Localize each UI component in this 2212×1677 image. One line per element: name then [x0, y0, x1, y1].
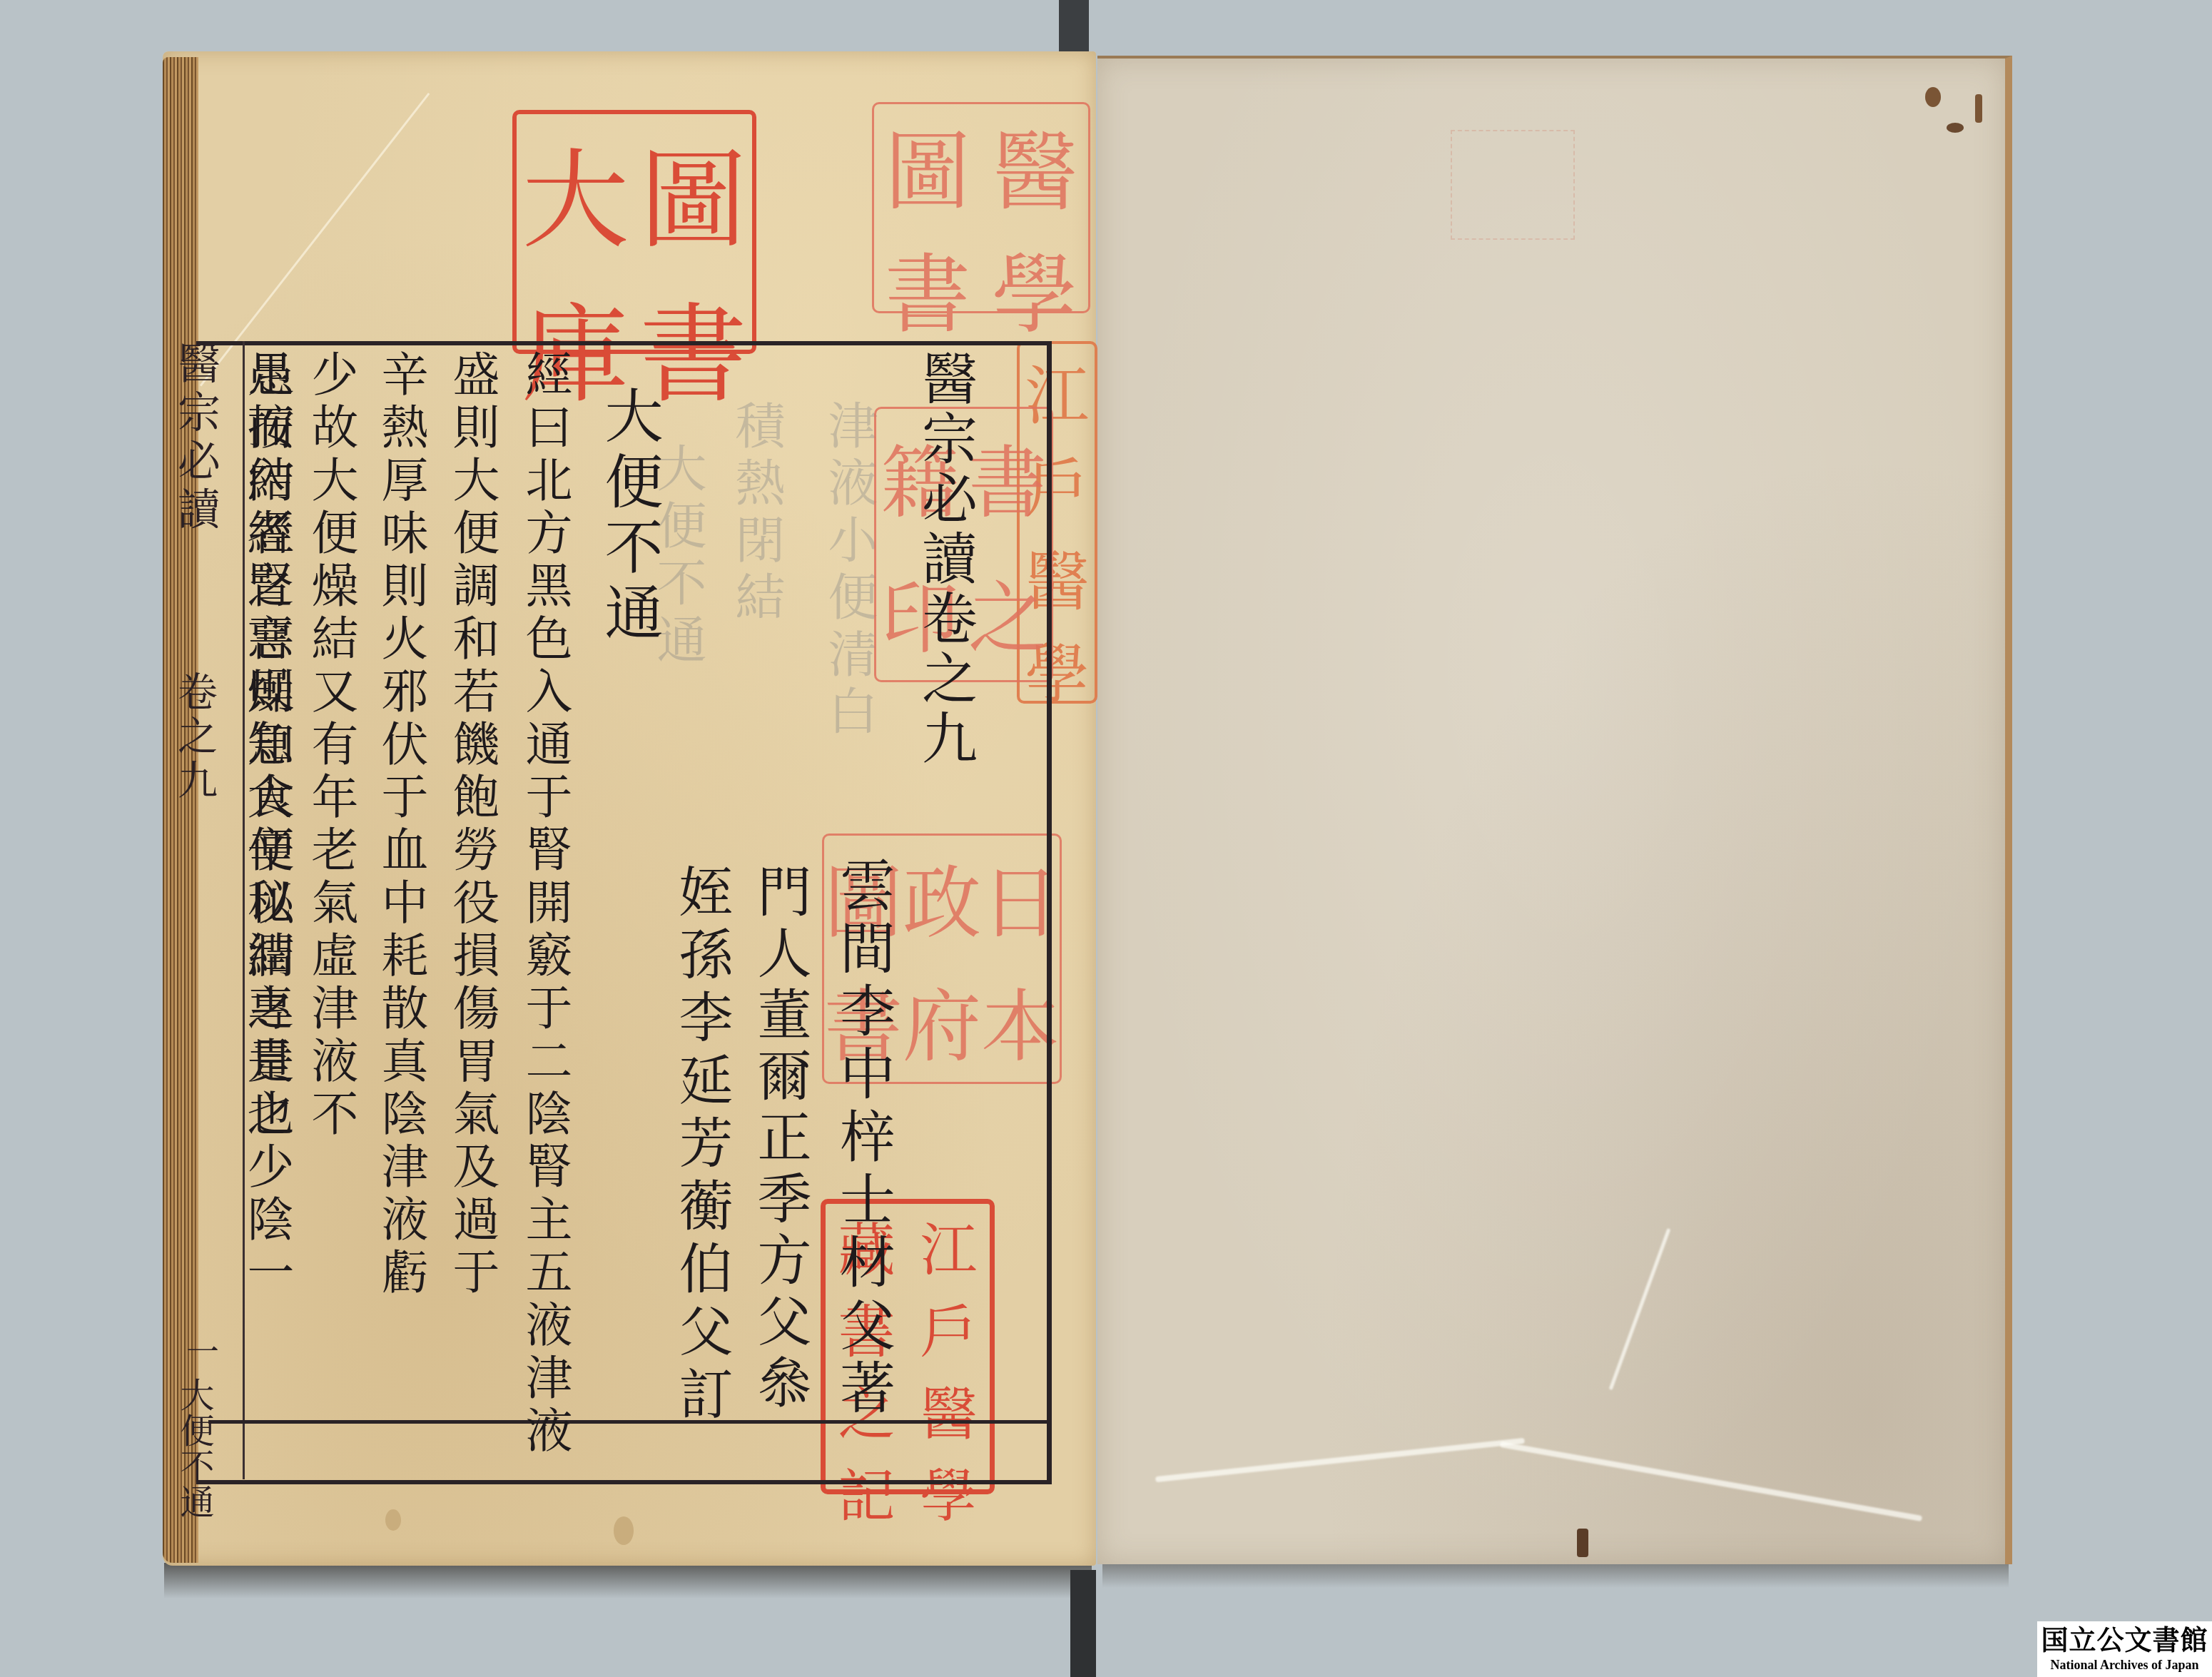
paper-crease: [1155, 1438, 1525, 1482]
seal-char: 學: [981, 227, 1088, 350]
fold-volume: 卷之九: [174, 671, 214, 804]
binding-spine-bottom: [1070, 1570, 1096, 1677]
worm-damage: [1925, 87, 1941, 107]
seal-char: 書: [874, 227, 981, 350]
seal-char: 大: [517, 114, 634, 268]
author-line: 雲間李中梓士材父著: [835, 856, 891, 1422]
section-heading: 大便不通: [599, 385, 658, 648]
seal-char: 圖: [634, 114, 752, 268]
seal-igakukan-tosho: 圖 醫 書 學: [872, 102, 1090, 313]
body-column: 少故大便燥結又有年老氣虛津液不: [307, 350, 354, 1142]
watermark-japanese: 国立公文書館: [2037, 1623, 2212, 1657]
binding-spine-top: [1059, 0, 1089, 57]
fold-leaf-number: 一: [184, 1334, 217, 1370]
paper-crease: [1609, 1228, 1671, 1390]
body-column: 經曰北方黑色入通于腎開竅于二陰腎主五液津液: [521, 350, 568, 1459]
worm-damage: [614, 1516, 634, 1545]
worm-damage: [1947, 123, 1964, 133]
worm-damage: [1577, 1529, 1588, 1557]
right-page-blank: [1097, 56, 2012, 1564]
volume-title: 醫宗必讀卷之九: [917, 350, 973, 769]
bottom-border-line: [208, 1420, 1050, 1424]
paper-crease: [1500, 1442, 1922, 1521]
worm-damage: [1975, 94, 1982, 123]
worm-damage: [385, 1509, 401, 1531]
fold-book-title: 醫宗必讀: [174, 341, 217, 535]
body-column-6: 愚按內經之言則知大便秘結專責之少陰一: [243, 350, 290, 1300]
body-column: 盛則大便調和若饑飽勞役損傷胃氣及過于: [448, 350, 495, 1300]
body-column: 辛熱厚味則火邪伏于血中耗散真陰津液虧: [377, 350, 424, 1300]
book-shadow-left: [164, 1563, 1092, 1599]
watermark-english: National Archives of Japan: [2037, 1657, 2212, 1673]
archive-watermark: 国立公文書館 National Archives of Japan: [2037, 1621, 2212, 1677]
seal-char: 圖: [874, 104, 981, 227]
reviser-line: 姪孫李延芳蘅伯父訂: [674, 863, 729, 1429]
fold-section-label: 大便不通: [177, 1377, 211, 1520]
editor-line: 門人董爾正季方父叅: [753, 863, 807, 1416]
seal-char: 醫: [981, 104, 1088, 227]
seal-toshokan-bunko: 大 圖 庫 書: [512, 110, 756, 354]
faint-seal-offset: [1451, 130, 1575, 240]
